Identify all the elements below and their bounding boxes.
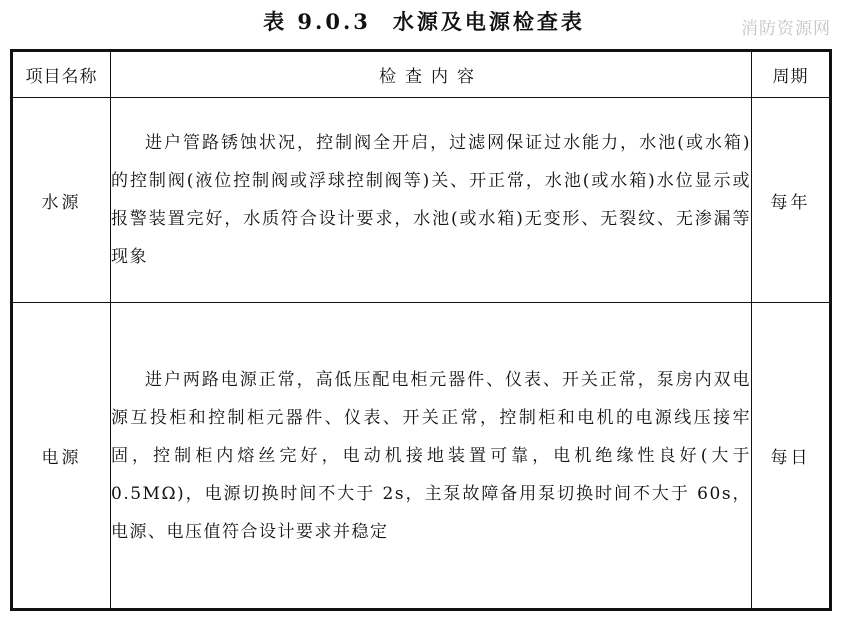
row-item-name: 水源 [12, 98, 111, 303]
table-row-power-source: 电源 进户两路电源正常，高低压配电柜元器件、仪表、开关正常，泵房内双电源互投柜和… [12, 303, 831, 610]
row-cycle: 每日 [752, 303, 831, 610]
row-check-content: 进户两路电源正常，高低压配电柜元器件、仪表、开关正常，泵房内双电源互投柜和控制柜… [111, 303, 752, 610]
header-check-content: 检查内容 [111, 51, 752, 98]
inspection-table: 项目名称 检查内容 周期 水源 进户管路锈蚀状况，控制阀全开启，过滤网保证过水能… [10, 49, 832, 611]
header-item-name: 项目名称 [12, 51, 111, 98]
table-header-row: 项目名称 检查内容 周期 [12, 51, 831, 98]
table-row-water-source: 水源 进户管路锈蚀状况，控制阀全开启，过滤网保证过水能力，水池(或水箱)的控制阀… [12, 98, 831, 303]
row-cycle: 每年 [752, 98, 831, 303]
watermark: 消防资源网 [741, 14, 831, 39]
header-cycle: 周期 [752, 51, 831, 98]
table-title: 表 9.0.3水源及电源检查表 [0, 4, 848, 40]
row-check-content: 进户管路锈蚀状况，控制阀全开启，过滤网保证过水能力，水池(或水箱)的控制阀(液位… [111, 98, 752, 303]
table-title-text: 水源及电源检查表 [393, 10, 585, 34]
row-item-name: 电源 [12, 303, 111, 610]
table-number: 表 9.0.3 [263, 9, 371, 34]
